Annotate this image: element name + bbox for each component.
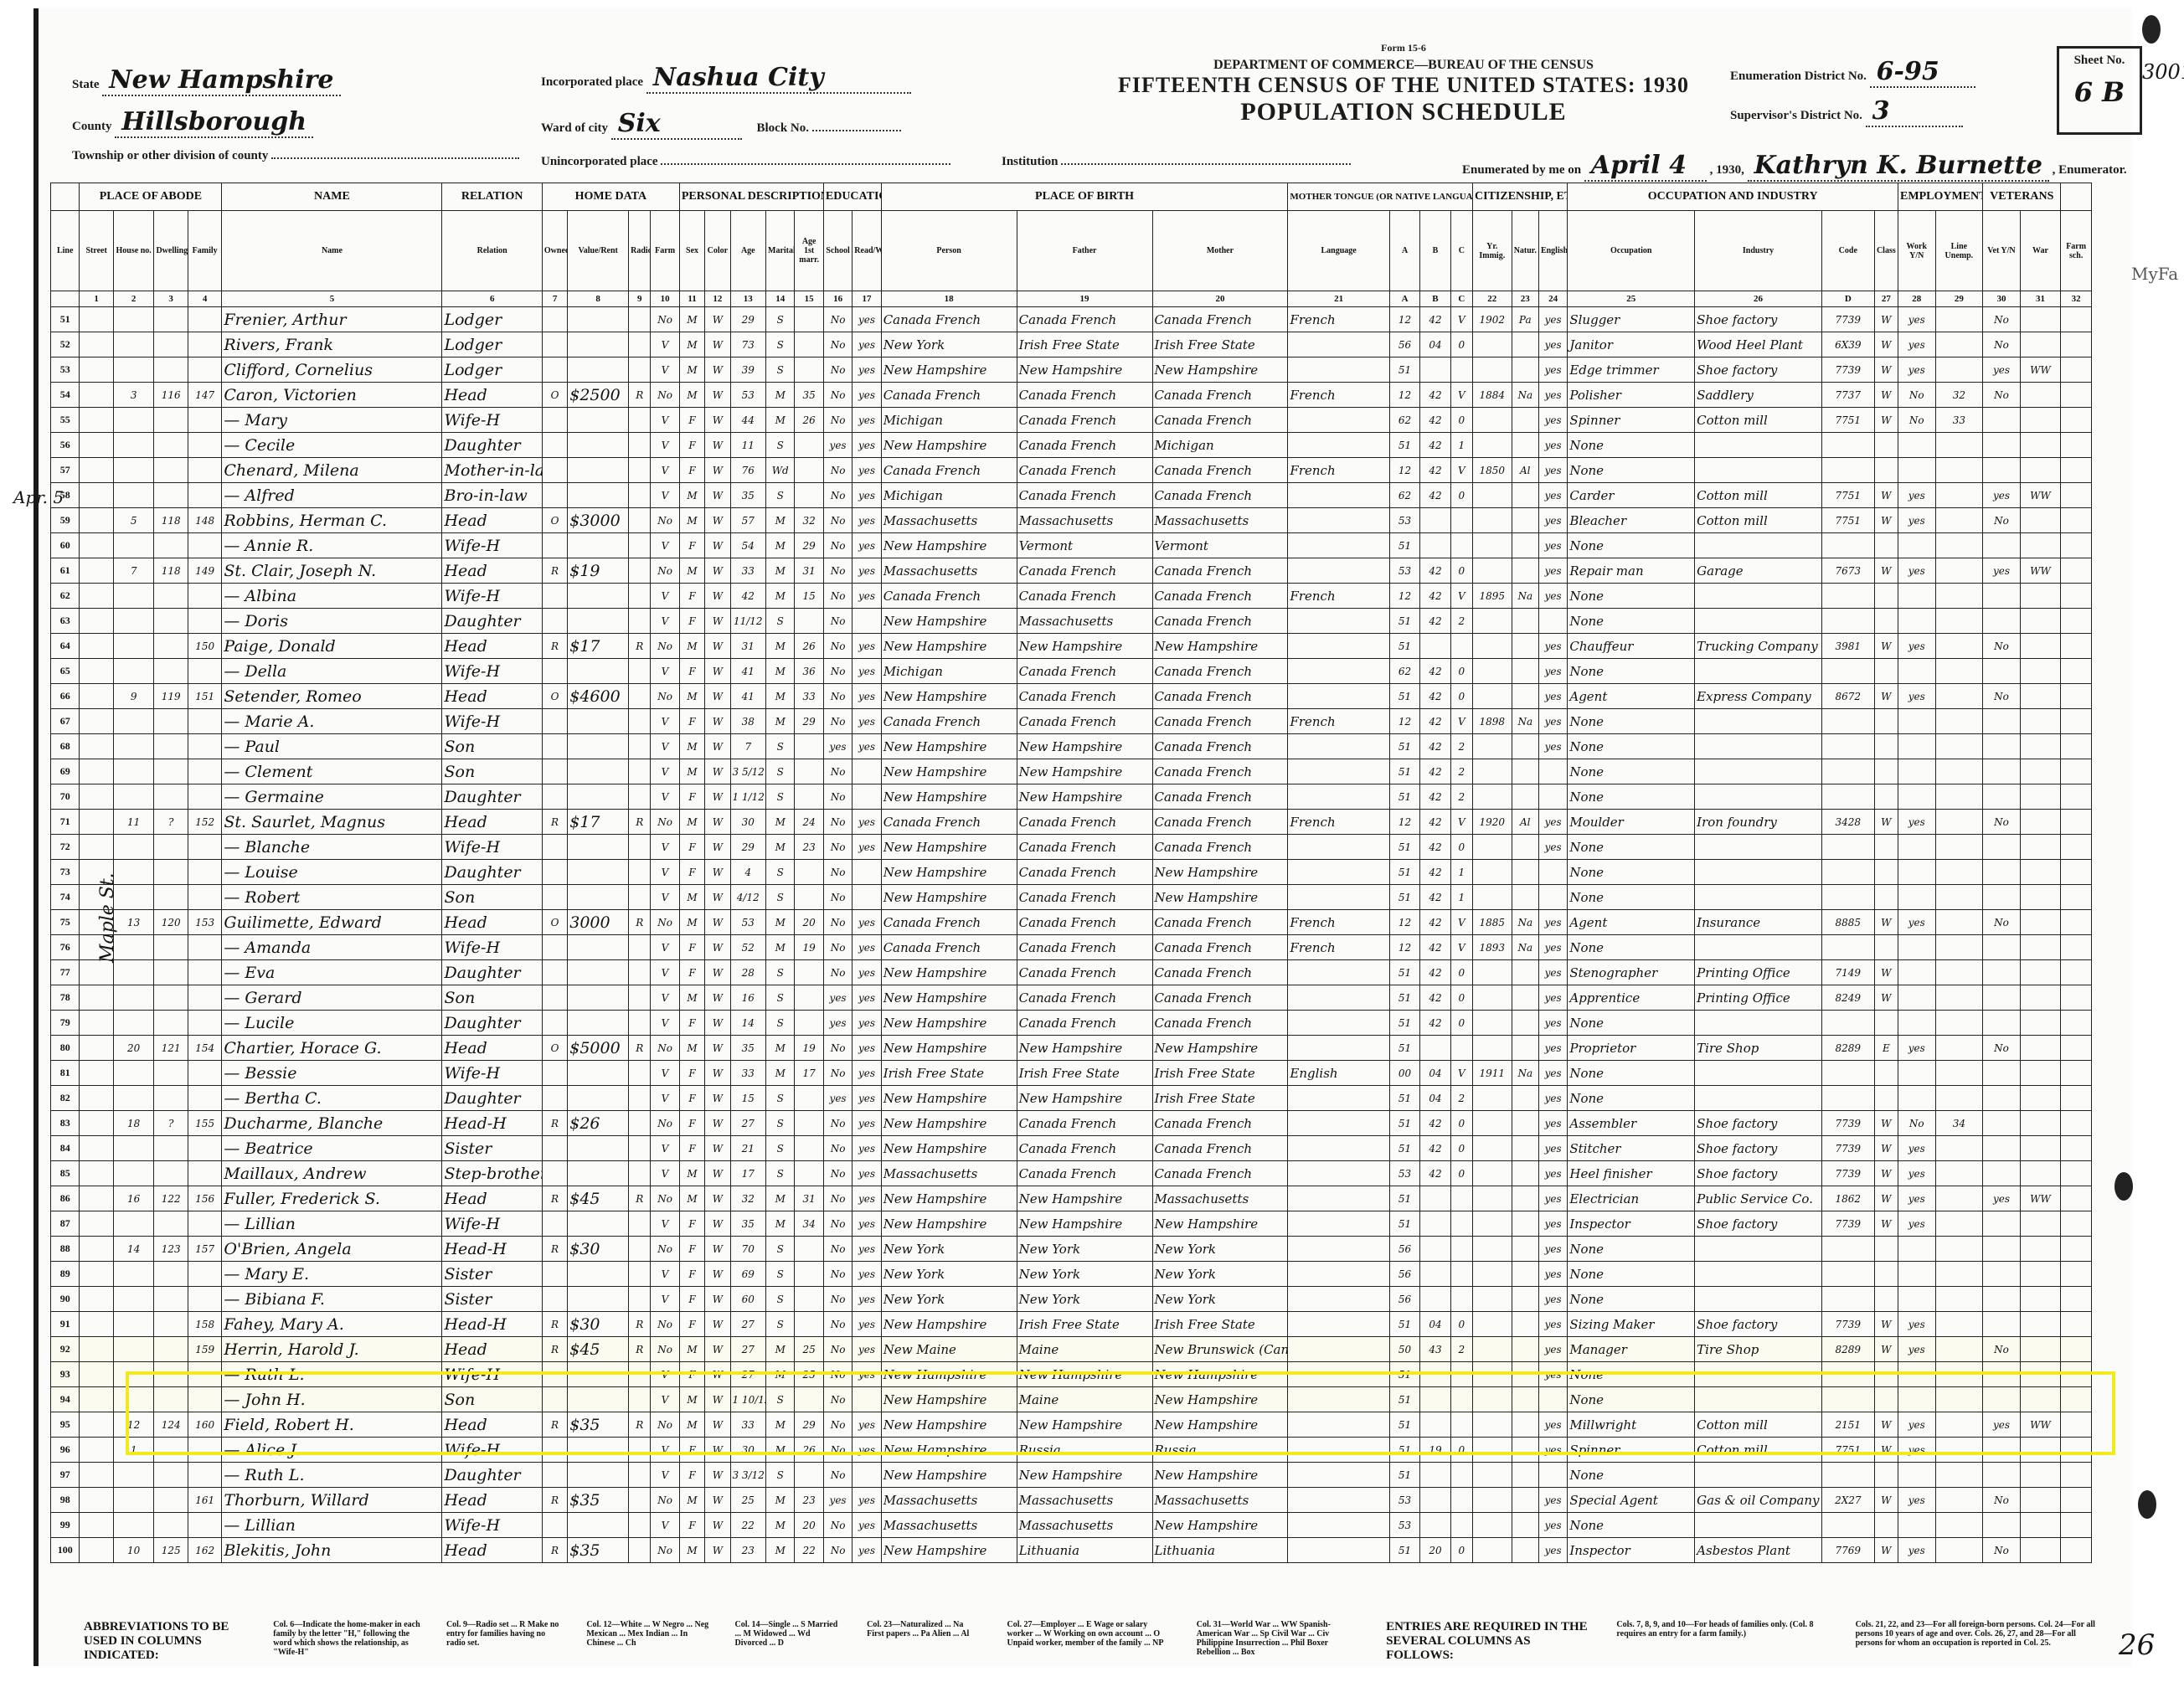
industry: Saddlery <box>1695 383 1822 408</box>
line-number: 52 <box>51 332 80 357</box>
census-cell <box>568 357 629 383</box>
census-cell: yes <box>1538 810 1567 835</box>
census-cell: W <box>705 1061 730 1086</box>
census-cell: Al <box>1512 458 1538 483</box>
census-cell <box>1473 835 1512 860</box>
census-cell: 16 <box>730 985 766 1011</box>
industry <box>1695 1513 1822 1538</box>
line-number: 89 <box>51 1262 80 1287</box>
census-cell: W <box>705 960 730 985</box>
census-cell <box>188 709 221 734</box>
census-cell <box>113 1262 154 1287</box>
census-cell: yes <box>1538 433 1567 458</box>
census-cell: Canada French <box>1152 935 1288 960</box>
census-cell <box>1473 1488 1512 1513</box>
relation: Wife-H <box>442 408 542 433</box>
census-cell <box>568 1387 629 1412</box>
census-cell <box>1935 533 1983 558</box>
relation: Head <box>442 1538 542 1563</box>
census-cell: yes <box>1538 533 1567 558</box>
census-cell: 42 <box>1420 784 1450 810</box>
census-cell: W <box>705 584 730 609</box>
occupation: None <box>1568 1086 1695 1111</box>
census-cell <box>1898 433 1936 458</box>
census-cell: Na <box>1512 584 1538 609</box>
census-cell <box>2020 835 2061 860</box>
census-cell: New Hampshire <box>881 1186 1017 1211</box>
table-row: 56— CecileDaughterVFW11SyesyesNew Hampsh… <box>51 433 2092 458</box>
census-cell: Massachusetts <box>1017 1513 1152 1538</box>
person-name: — Bertha C. <box>222 1086 442 1111</box>
census-cell: Canada French <box>1152 1136 1288 1161</box>
census-cell: W <box>705 835 730 860</box>
line-number: 76 <box>51 935 80 960</box>
census-cell: R <box>542 1337 567 1362</box>
census-cell: 56 <box>1389 1287 1419 1312</box>
census-cell <box>1473 408 1512 433</box>
census-cell <box>2061 910 2092 935</box>
relation: Mother-in-law <box>442 458 542 483</box>
census-cell: No <box>1983 307 2021 332</box>
census-cell <box>1935 910 1983 935</box>
industry: Shoe factory <box>1695 357 1822 383</box>
census-cell: New Hampshire <box>881 1438 1017 1463</box>
census-cell <box>1898 1463 1936 1488</box>
census-cell <box>1420 1387 1450 1412</box>
census-cell <box>629 584 651 609</box>
census-cell <box>1473 784 1512 810</box>
relation: Head <box>442 1337 542 1362</box>
census-cell <box>542 458 567 483</box>
supervisor-district-field: Supervisor's District No. 3 <box>1730 96 1963 127</box>
census-cell: 8672 <box>1821 684 1874 709</box>
census-cell <box>154 1312 188 1337</box>
industry: Cotton mill <box>1695 483 1822 508</box>
column-header: A <box>1389 211 1419 291</box>
column-number: 26 <box>1695 291 1822 307</box>
person-name: O'Brien, Angela <box>222 1237 442 1262</box>
relation: Head <box>442 558 542 584</box>
census-cell <box>1420 1412 1450 1438</box>
census-cell: Canada French <box>1017 985 1152 1011</box>
column-header: House no. <box>113 211 154 291</box>
census-cell <box>542 584 567 609</box>
census-cell: 2 <box>1450 1337 1472 1362</box>
census-cell: yes <box>1898 684 1936 709</box>
census-cell: 2 <box>1450 759 1472 784</box>
census-cell <box>80 1186 113 1211</box>
census-cell <box>2020 1488 2061 1513</box>
person-name: Ducharme, Blanche <box>222 1111 442 1136</box>
census-cell: New Hampshire <box>1017 1463 1152 1488</box>
census-cell <box>568 1136 629 1161</box>
census-cell <box>1821 1011 1874 1036</box>
occupation: Inspector <box>1568 1211 1695 1237</box>
census-cell: 56 <box>1389 1237 1419 1262</box>
census-cell: 51 <box>1389 1538 1419 1563</box>
enumeration-date: April 4 <box>1584 151 1707 182</box>
industry <box>1695 533 1822 558</box>
census-cell <box>1935 1463 1983 1488</box>
census-cell: yes <box>1538 357 1567 383</box>
census-cell: Canada French <box>881 810 1017 835</box>
relation: Lodger <box>442 357 542 383</box>
census-cell <box>188 659 221 684</box>
census-cell <box>188 784 221 810</box>
census-cell <box>1450 1488 1472 1513</box>
census-cell <box>568 784 629 810</box>
census-cell: yes <box>1538 508 1567 533</box>
census-cell: F <box>679 1111 704 1136</box>
census-cell <box>154 609 188 634</box>
person-name: — Clement <box>222 759 442 784</box>
census-cell <box>795 734 823 759</box>
census-cell <box>154 885 188 910</box>
table-row: 8814123157O'Brien, AngelaHead-HR$30NoFW7… <box>51 1237 2092 1262</box>
census-cell <box>1874 659 1898 684</box>
census-cell: W <box>705 1362 730 1387</box>
column-number: 4 <box>188 291 221 307</box>
census-cell: Canada French <box>1152 985 1288 1011</box>
census-cell: 17 <box>795 1061 823 1086</box>
census-cell: Canada French <box>1017 1111 1152 1136</box>
census-cell <box>1512 835 1538 860</box>
census-cell: M <box>766 383 795 408</box>
census-cell: 14 <box>730 1011 766 1036</box>
census-cell: 44 <box>730 408 766 433</box>
census-cell: yes <box>1538 584 1567 609</box>
census-cell: W <box>705 759 730 784</box>
census-cell <box>1450 1211 1472 1237</box>
census-cell <box>2020 1337 2061 1362</box>
census-cell <box>1512 1086 1538 1111</box>
census-cell <box>1288 1287 1389 1312</box>
census-cell <box>629 433 651 458</box>
census-cell <box>2061 960 2092 985</box>
census-cell <box>1512 734 1538 759</box>
census-cell: S <box>766 885 795 910</box>
census-cell: S <box>766 1387 795 1412</box>
census-cell <box>1935 1488 1983 1513</box>
census-cell: 42 <box>1420 458 1450 483</box>
census-cell <box>1512 1513 1538 1538</box>
census-cell <box>113 935 154 960</box>
column-header: Father <box>1017 211 1152 291</box>
census-cell <box>2020 1036 2061 1061</box>
census-cell: Michigan <box>881 483 1017 508</box>
census-cell <box>1512 634 1538 659</box>
census-cell: WW <box>2020 1186 2061 1211</box>
census-cell <box>542 1211 567 1237</box>
census-cell: New Hampshire <box>881 1412 1017 1438</box>
census-cell: yes <box>1898 307 1936 332</box>
census-cell: Canada French <box>1152 684 1288 709</box>
occupation: None <box>1568 533 1695 558</box>
census-cell <box>629 1262 651 1287</box>
census-cell <box>1898 1513 1936 1538</box>
census-cell <box>2061 558 2092 584</box>
census-cell <box>1983 659 2021 684</box>
census-cell <box>113 408 154 433</box>
line-number: 77 <box>51 960 80 985</box>
census-cell: New Hampshire <box>1017 1362 1152 1387</box>
census-cell <box>1898 835 1936 860</box>
census-cell <box>80 1061 113 1086</box>
census-cell <box>568 1011 629 1036</box>
census-cell <box>1821 1463 1874 1488</box>
census-cell <box>1512 533 1538 558</box>
census-cell <box>1935 332 1983 357</box>
census-cell <box>1288 1211 1389 1237</box>
column-number: 13 <box>730 291 766 307</box>
census-cell: 0 <box>1450 960 1472 985</box>
census-cell <box>542 1463 567 1488</box>
census-cell <box>1420 533 1450 558</box>
census-cell: 19 <box>1420 1438 1450 1463</box>
census-cell: yes <box>1898 1186 1936 1211</box>
census-cell <box>113 1161 154 1186</box>
census-cell: Canada French <box>1017 709 1152 734</box>
census-cell: Massachusetts <box>1152 508 1288 533</box>
census-cell: ? <box>154 810 188 835</box>
census-cell <box>1473 759 1512 784</box>
census-cell <box>2061 1211 2092 1237</box>
industry <box>1695 734 1822 759</box>
census-cell: 1 <box>1450 860 1472 885</box>
census-cell <box>1935 1262 1983 1287</box>
census-cell: New Hampshire <box>1152 1036 1288 1061</box>
census-cell <box>113 1463 154 1488</box>
census-cell <box>113 1387 154 1412</box>
census-cell: yes <box>852 508 881 533</box>
census-cell <box>1935 860 1983 885</box>
census-cell <box>1420 1036 1450 1061</box>
census-cell: W <box>705 533 730 558</box>
census-cell: yes <box>1538 1061 1567 1086</box>
census-cell: yes <box>1538 1011 1567 1036</box>
industry: Cotton mill <box>1695 408 1822 433</box>
census-cell <box>1288 659 1389 684</box>
census-cell <box>2020 1362 2061 1387</box>
person-name: Maillaux, Andrew <box>222 1161 442 1186</box>
census-cell: W <box>705 408 730 433</box>
census-cell: 51 <box>1389 609 1419 634</box>
census-cell: New Hampshire <box>1017 1036 1152 1061</box>
census-cell <box>188 759 221 784</box>
census-cell: No <box>823 1161 852 1186</box>
census-cell: New Maine <box>881 1337 1017 1362</box>
census-cell <box>2020 910 2061 935</box>
census-cell <box>542 835 567 860</box>
census-cell: W <box>1874 910 1898 935</box>
census-cell: 0 <box>1450 332 1472 357</box>
census-cell: $4600 <box>568 684 629 709</box>
industry <box>1695 860 1822 885</box>
census-cell <box>629 684 651 709</box>
census-cell <box>1288 734 1389 759</box>
census-cell: Lithuania <box>1017 1538 1152 1563</box>
line-number: 90 <box>51 1287 80 1312</box>
line-number: 100 <box>51 1538 80 1563</box>
census-cell <box>1538 609 1567 634</box>
census-cell: Canada French <box>1017 835 1152 860</box>
census-cell <box>2020 458 2061 483</box>
census-cell: No <box>1983 634 2021 659</box>
census-cell: New Hampshire <box>881 1011 1017 1036</box>
census-cell: F <box>679 1262 704 1287</box>
census-cell <box>1450 1412 1472 1438</box>
census-cell: No <box>823 860 852 885</box>
census-cell: yes <box>1538 835 1567 860</box>
census-cell: O <box>542 684 567 709</box>
census-cell <box>795 357 823 383</box>
census-cell <box>1288 835 1389 860</box>
person-name: — Bessie <box>222 1061 442 1086</box>
census-cell: 1911 <box>1473 1061 1512 1086</box>
table-row: 72— BlancheWife-HVFW29M23NoyesNew Hampsh… <box>51 835 2092 860</box>
census-cell: 118 <box>154 508 188 533</box>
census-cell <box>1538 1463 1567 1488</box>
census-cell: Irish Free State <box>1152 332 1288 357</box>
census-cell: New Hampshire <box>1152 860 1288 885</box>
census-cell <box>80 860 113 885</box>
census-cell: 35 <box>730 483 766 508</box>
person-name: — Beatrice <box>222 1136 442 1161</box>
census-cell <box>113 985 154 1011</box>
column-header: Line <box>51 211 80 291</box>
census-cell: Canada French <box>1152 458 1288 483</box>
census-cell: yes <box>852 408 881 433</box>
census-cell <box>795 458 823 483</box>
census-cell <box>1450 1513 1472 1538</box>
census-cell <box>542 1011 567 1036</box>
census-cell <box>1821 835 1874 860</box>
industry <box>1695 1463 1822 1488</box>
census-cell: Russia <box>1017 1438 1152 1463</box>
census-cell: New Hampshire <box>1152 1362 1288 1387</box>
column-header: Yr. Immig. <box>1473 211 1512 291</box>
census-cell <box>2020 408 2061 433</box>
industry: Printing Office <box>1695 985 1822 1011</box>
relation: Head <box>442 1036 542 1061</box>
census-cell <box>2061 734 2092 759</box>
census-cell: Canada French <box>1017 860 1152 885</box>
binder-hole <box>2114 1172 2133 1201</box>
occupation: None <box>1568 784 1695 810</box>
census-cell: V <box>651 433 679 458</box>
census-cell: New Hampshire <box>1017 1086 1152 1111</box>
census-cell: 54 <box>730 533 766 558</box>
census-cell: S <box>766 1463 795 1488</box>
census-cell: F <box>679 1011 704 1036</box>
column-number: 7 <box>542 291 567 307</box>
group-place-of-birth: PLACE OF BIRTH <box>881 183 1288 211</box>
column-header: Line Unemp. <box>1935 211 1983 291</box>
occupation: Edge trimmer <box>1568 357 1695 383</box>
table-row: 65— DellaWife-HVFW41M36NoyesMichiganCana… <box>51 659 2092 684</box>
census-cell <box>1512 1237 1538 1262</box>
census-cell <box>542 357 567 383</box>
census-cell: Canada French <box>1017 408 1152 433</box>
census-cell: W <box>705 1463 730 1488</box>
relation: Wife-H <box>442 533 542 558</box>
census-cell <box>1288 860 1389 885</box>
group-place-of-abode: PLACE OF ABODE <box>80 183 222 211</box>
census-cell: 7739 <box>1821 307 1874 332</box>
column-header: Work Y/N <box>1898 211 1936 291</box>
census-cell: No <box>823 759 852 784</box>
census-cell: yes <box>852 584 881 609</box>
census-cell: M <box>766 1538 795 1563</box>
census-cell <box>1450 1387 1472 1412</box>
column-header: Value/Rent <box>568 211 629 291</box>
census-cell <box>1538 759 1567 784</box>
census-cell <box>154 1387 188 1412</box>
census-cell: 22 <box>730 1513 766 1538</box>
census-cell: yes <box>852 558 881 584</box>
industry: Wood Heel Plant <box>1695 332 1822 357</box>
census-cell <box>568 1061 629 1086</box>
census-cell: No <box>1983 810 2021 835</box>
census-cell: W <box>705 1262 730 1287</box>
census-cell: Massachusetts <box>881 508 1017 533</box>
census-cell: M <box>766 1362 795 1387</box>
census-cell: 11 <box>730 433 766 458</box>
census-cell: V <box>651 1136 679 1161</box>
census-cell <box>1821 709 1874 734</box>
census-cell: W <box>705 684 730 709</box>
census-cell: 7739 <box>1821 1211 1874 1237</box>
occupation: None <box>1568 734 1695 759</box>
census-cell: 12 <box>1389 584 1419 609</box>
census-cell: yes <box>1538 408 1567 433</box>
census-cell: No <box>651 1186 679 1211</box>
enumerated-by-field: Enumerated by me on April 4 , 1930, Kath… <box>1462 151 2127 182</box>
relation: Head-H <box>442 1111 542 1136</box>
person-name: Caron, Victorien <box>222 383 442 408</box>
census-cell <box>2061 659 2092 684</box>
census-cell <box>154 1262 188 1287</box>
occupation: Agent <box>1568 910 1695 935</box>
census-cell <box>188 433 221 458</box>
census-cell <box>113 609 154 634</box>
census-cell: New Hampshire <box>881 734 1017 759</box>
census-cell <box>1935 584 1983 609</box>
census-cell <box>2020 1513 2061 1538</box>
occupation: None <box>1568 935 1695 960</box>
census-cell <box>1935 1211 1983 1237</box>
census-cell: New Hampshire <box>881 1036 1017 1061</box>
census-cell: F <box>679 1312 704 1337</box>
census-cell <box>1874 784 1898 810</box>
census-cell: yes <box>852 1061 881 1086</box>
census-cell: M <box>679 1161 704 1186</box>
census-cell <box>542 533 567 558</box>
census-cell: New Hampshire <box>881 609 1017 634</box>
census-cell: R <box>629 383 651 408</box>
census-cell <box>80 508 113 533</box>
census-cell <box>1935 1036 1983 1061</box>
column-number: 23 <box>1512 291 1538 307</box>
census-cell <box>80 1387 113 1412</box>
census-cell <box>2020 1312 2061 1337</box>
census-cell <box>154 734 188 759</box>
census-cell: W <box>705 1211 730 1237</box>
census-cell: 0 <box>1450 1312 1472 1337</box>
census-cell <box>2020 508 2061 533</box>
census-cell <box>113 332 154 357</box>
census-cell: V <box>651 584 679 609</box>
